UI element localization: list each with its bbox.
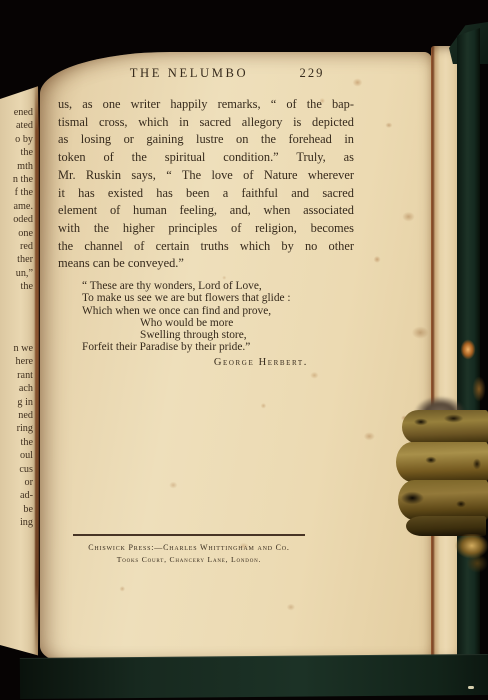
- left-page-text-fragment: un,”: [0, 267, 38, 280]
- left-page-fragments-upper: ened ated o by the mth n the f the ame. …: [0, 106, 38, 294]
- paragraph-line: it has existed has been a faithful and s…: [58, 185, 354, 203]
- left-page-text-fragment: the: [0, 146, 38, 159]
- paragraph-line: token of the spiritual condition.” Truly…: [58, 149, 354, 167]
- left-page-text-fragment: here: [0, 355, 38, 368]
- left-page-text-fragment: o by: [0, 133, 38, 146]
- paragraph-line: the channel of certain truths which by n…: [58, 238, 354, 256]
- paragraph-line: Mr. Ruskin says, “ The love of Nature wh…: [58, 167, 354, 185]
- body-paragraph: us, as one writer happily remarks, “ of …: [58, 96, 354, 273]
- left-page-text-fragment: the: [0, 280, 38, 293]
- left-page-text-fragment: ing: [0, 516, 38, 529]
- colophon-line-2: Tooks Court, Chancery Lane, London.: [73, 555, 305, 564]
- poem-line: To make us see we are but flowers that g…: [82, 292, 308, 304]
- left-page-text-fragment: be: [0, 503, 38, 516]
- running-title: THE NELUMBO: [126, 66, 252, 81]
- poem: “ These are thy wonders, Lord of Love, T…: [82, 280, 308, 368]
- left-page-text-fragment: one: [0, 227, 38, 240]
- colophon: Chiswick Press:—Charles Whittingham and …: [73, 534, 305, 564]
- book-photo: ened ated o by the mth n the f the ame. …: [0, 0, 488, 700]
- poem-line: Forfeit their Paradise by their pride.”: [82, 341, 308, 353]
- left-page-text-fragment: red: [0, 240, 38, 253]
- left-page-fragments-lower: n we here rant ach g in ned ring the oul…: [0, 342, 38, 530]
- left-page-text-fragment: oded: [0, 213, 38, 226]
- colophon-rule: [73, 534, 305, 536]
- poem-line: Which when we once can find and prove,: [82, 305, 308, 317]
- left-page-text-fragment: cus: [0, 463, 38, 476]
- left-page-text-fragment: ther: [0, 253, 38, 266]
- paragraph-line: tismal cross, which in sacred allegory i…: [58, 114, 354, 132]
- poem-line: Swelling through store,: [140, 329, 308, 341]
- left-page-text-fragment: ad-: [0, 489, 38, 502]
- poem-line: Who would be more: [140, 317, 308, 329]
- paragraph-line: with the higher principles of religion, …: [58, 220, 354, 238]
- main-page: THE NELUMBO 229 us, as one writer happil…: [40, 52, 432, 662]
- poem-line: “ These are thy wonders, Lord of Love,: [82, 280, 308, 292]
- left-page-text-fragment: g in: [0, 396, 38, 409]
- gutter-crease: [35, 86, 39, 652]
- left-page-text-fragment: n we: [0, 342, 38, 355]
- left-page-text-fragment: rant: [0, 369, 38, 382]
- paragraph-line: means can be conveyed.”: [58, 255, 354, 273]
- page-number: 229: [294, 66, 330, 81]
- left-page-text-fragment: the: [0, 436, 38, 449]
- left-page-text-fragment: oul: [0, 449, 38, 462]
- left-page-text-fragment: mth: [0, 160, 38, 173]
- left-page-text-fragment: ated: [0, 119, 38, 132]
- left-page-text-fragment: ach: [0, 382, 38, 395]
- left-page-text-fragment: or: [0, 476, 38, 489]
- colophon-line-1: Chiswick Press:—Charles Whittingham and …: [73, 543, 305, 552]
- left-page-text-fragment: n the: [0, 173, 38, 186]
- poem-attribution: George Herbert.: [82, 357, 308, 368]
- left-page-text-fragment: ring: [0, 422, 38, 435]
- page-fore-edge: [431, 46, 458, 662]
- left-page-text-fragment: ame.: [0, 200, 38, 213]
- left-page-text-fragment: ned: [0, 409, 38, 422]
- left-page-text-fragment: f the: [0, 186, 38, 199]
- paragraph-line: element of human feeling, and, when asso…: [58, 202, 354, 220]
- left-page-edge: ened ated o by the mth n the f the ame. …: [0, 84, 38, 660]
- left-page-text-fragment: ened: [0, 106, 38, 119]
- paragraph-line: as losing or gaining lustre on the foreh…: [58, 131, 354, 149]
- paragraph-line: us, as one writer happily remarks, “ of …: [58, 96, 354, 114]
- book-cover-right: [457, 28, 480, 674]
- book-cover-bottom: [20, 654, 488, 699]
